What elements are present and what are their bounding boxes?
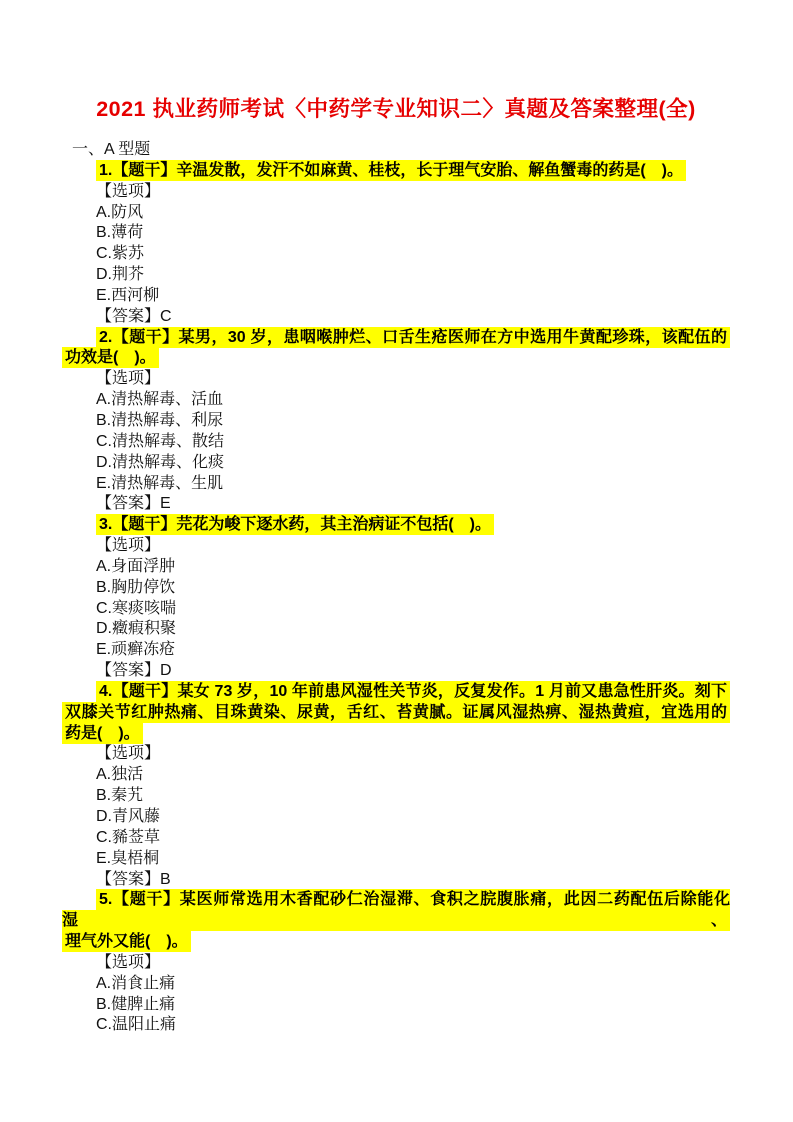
option-a: A.消食止痛 [62, 974, 730, 995]
option-e: E.顽癣冻疮 [62, 640, 730, 661]
question-4-stem-line-3: 药是( )。 [62, 724, 730, 745]
question-4-stem-line-1: 4.【题干】某女 73 岁，10 年前患风湿性关节炎，反复发作。1 月前又患急性… [62, 682, 730, 703]
option-b: B.清热解毒、利尿 [62, 411, 730, 432]
answer-value: E [160, 495, 171, 512]
options-label: 【选项】 [62, 369, 730, 390]
option-a: A.独活 [62, 765, 730, 786]
option-d: D.清热解毒、化痰 [62, 453, 730, 474]
option-b: B.薄荷 [62, 223, 730, 244]
option-c: C.温阳止痛 [62, 1015, 730, 1036]
question-5: 5.【题干】某医师常选用木香配砂仁治湿滞、食积之脘腹胀痛，此因二药配伍后除能化湿… [62, 890, 730, 1036]
answer-value: D [160, 662, 172, 679]
option-a: A.清热解毒、活血 [62, 390, 730, 411]
answer-line: 【答案】B [62, 870, 730, 891]
highlighted-stem-text: 药是( )。 [62, 723, 143, 744]
options-label: 【选项】 [62, 744, 730, 765]
highlighted-stem-text: 4.【题干】某女 73 岁，10 年前患风湿性关节炎，反复发作。1 月前又患急性… [96, 681, 730, 702]
answer-value: B [160, 871, 171, 888]
option-d: D.荆芥 [62, 265, 730, 286]
highlighted-stem-text: 5.【题干】某医师常选用木香配砂仁治湿滞、食积之脘腹胀痛，此因二药配伍后除能化湿… [62, 889, 730, 931]
answer-line: 【答案】C [62, 307, 730, 328]
question-2: 2.【题干】某男，30 岁，患咽喉肿烂、口舌生疮医师在方中选用牛黄配珍珠，该配伍… [62, 328, 730, 516]
option-c: C.寒痰咳喘 [62, 599, 730, 620]
highlighted-stem-text: 2.【题干】某男，30 岁，患咽喉肿烂、口舌生疮医师在方中选用牛黄配珍珠，该配伍… [96, 327, 730, 348]
question-4-stem-line-2: 双膝关节红肿热痛、目珠黄染、尿黄，舌红、苔黄腻。证属风湿热痹、湿热黄疸，宜选用的 [62, 703, 730, 724]
answer-label: 【答案】 [96, 308, 160, 325]
option-a: A.防风 [62, 203, 730, 224]
question-2-stem-line-1: 2.【题干】某男，30 岁，患咽喉肿烂、口舌生疮医师在方中选用牛黄配珍珠，该配伍… [62, 328, 730, 349]
question-5-stem-line-2: 理气外又能( )。 [62, 932, 730, 953]
options-label: 【选项】 [62, 953, 730, 974]
answer-line: 【答案】E [62, 494, 730, 515]
option-b: B.胸肋停饮 [62, 578, 730, 599]
options-label: 【选项】 [62, 182, 730, 203]
question-3: 3.【题干】芫花为峻下逐水药，其主治病证不包括( )。 【选项】 A.身面浮肿 … [62, 515, 730, 682]
question-4: 4.【题干】某女 73 岁，10 年前患风湿性关节炎，反复发作。1 月前又患急性… [62, 682, 730, 890]
answer-line: 【答案】D [62, 661, 730, 682]
section-header: 一、A 型题 [62, 140, 730, 161]
answer-label: 【答案】 [96, 662, 160, 679]
option-b: B.秦艽 [62, 786, 730, 807]
option-e: E.清热解毒、生肌 [62, 474, 730, 495]
option-e: E.西河柳 [62, 286, 730, 307]
highlighted-stem-text: 1.【题干】辛温发散，发汗不如麻黄、桂枝，长于理气安胎、解鱼蟹毒的药是( )。 [96, 160, 686, 181]
answer-value: C [160, 308, 172, 325]
question-2-stem-line-2: 功效是( )。 [62, 348, 730, 369]
highlighted-stem-text: 3.【题干】芫花为峻下逐水药，其主治病证不包括( )。 [96, 514, 494, 535]
option-c: C.豨莶草 [62, 828, 730, 849]
answer-label: 【答案】 [96, 495, 160, 512]
option-a: A.身面浮肿 [62, 557, 730, 578]
option-c: C.紫苏 [62, 244, 730, 265]
option-d: D.癥瘕积聚 [62, 619, 730, 640]
document-page: 2021 执业药师考试〈中药学专业知识二〉真题及答案整理(全) 一、A 型题 1… [0, 0, 793, 1122]
question-3-stem: 3.【题干】芫花为峻下逐水药，其主治病证不包括( )。 [62, 515, 730, 536]
answer-label: 【答案】 [96, 871, 160, 888]
highlighted-stem-text: 理气外又能( )。 [62, 931, 191, 952]
option-b: B.健脾止痛 [62, 995, 730, 1016]
highlighted-stem-text: 功效是( )。 [62, 347, 159, 368]
question-1: 1.【题干】辛温发散，发汗不如麻黄、桂枝，长于理气安胎、解鱼蟹毒的药是( )。 … [62, 161, 730, 328]
question-5-stem-line-1: 5.【题干】某医师常选用木香配砂仁治湿滞、食积之脘腹胀痛，此因二药配伍后除能化湿… [62, 890, 730, 932]
question-1-stem: 1.【题干】辛温发散，发汗不如麻黄、桂枝，长于理气安胎、解鱼蟹毒的药是( )。 [62, 161, 730, 182]
option-c: C.清热解毒、散结 [62, 432, 730, 453]
options-label: 【选项】 [62, 536, 730, 557]
option-d: D.青风藤 [62, 807, 730, 828]
document-title: 2021 执业药师考试〈中药学专业知识二〉真题及答案整理(全) [62, 96, 730, 123]
option-e: E.臭梧桐 [62, 849, 730, 870]
highlighted-stem-text: 双膝关节红肿热痛、目珠黄染、尿黄，舌红、苔黄腻。证属风湿热痹、湿热黄疸，宜选用的 [62, 702, 730, 723]
